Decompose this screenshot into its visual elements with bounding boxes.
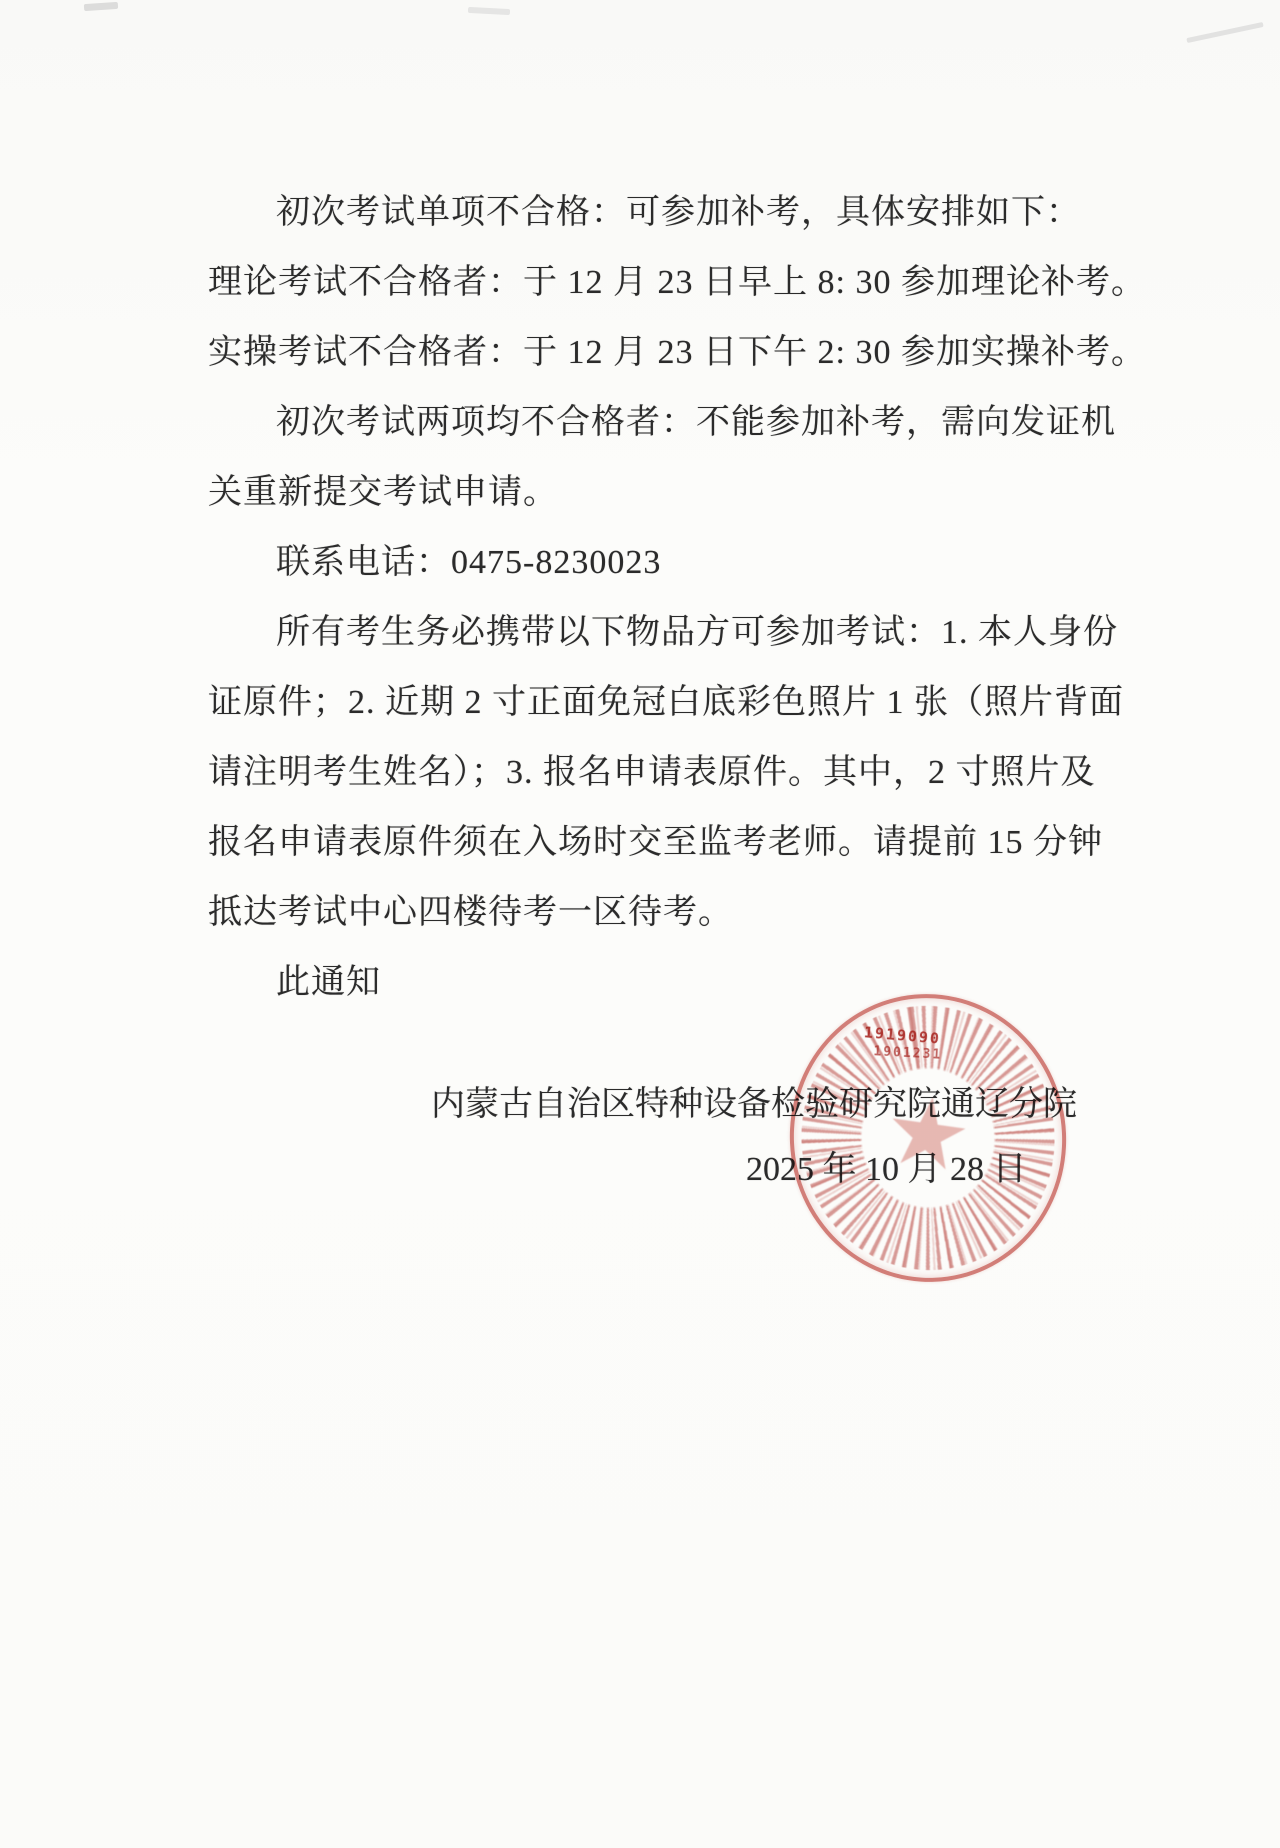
seal-ring-border	[771, 976, 1084, 1300]
notice-text-block: 初次考试单项不合格：可参加补考，具体安排如下： 理论考试不合格者：于 12 月 …	[208, 178, 1138, 1018]
notice-line: 联系电话：0475-8230023	[208, 528, 1138, 598]
notice-line: 初次考试两项均不合格者：不能参加补考，需向发证机	[208, 388, 1138, 458]
signature-date: 2025 年 10 月 28 日	[746, 1148, 1027, 1192]
notice-line: 所有考生务必携带以下物品方可参加考试：1. 本人身份	[208, 598, 1138, 668]
notice-line: 实操考试不合格者：于 12 月 23 日下午 2: 30 参加实操补考。	[208, 318, 1138, 388]
notice-line: 请注明考生姓名）；3. 报名申请表原件。其中，2 寸照片及	[208, 738, 1138, 808]
scan-artifact	[1186, 22, 1263, 43]
notice-line: 此通知	[208, 948, 1138, 1018]
seal-code-number: 1919090	[863, 1023, 941, 1048]
notice-line: 初次考试单项不合格：可参加补考，具体安排如下：	[208, 178, 1138, 248]
official-seal: ★ 1919090 1901231	[771, 976, 1084, 1300]
signature-organization: 内蒙古自治区特种设备检验研究院通辽分院	[431, 1083, 1077, 1127]
seal-script-ring	[779, 984, 1077, 1292]
seal-code-number: 1901231	[873, 1044, 942, 1063]
seal-script-ring-sparse	[785, 989, 1072, 1286]
notice-line: 关重新提交考试申请。	[208, 458, 1138, 528]
scanned-notice-page: 初次考试单项不合格：可参加补考，具体安排如下： 理论考试不合格者：于 12 月 …	[0, 0, 1280, 1848]
notice-line: 理论考试不合格者：于 12 月 23 日早上 8: 30 参加理论补考。	[208, 248, 1138, 318]
scan-artifact	[84, 2, 118, 11]
scan-artifact	[468, 7, 510, 15]
notice-line: 抵达考试中心四楼待考一区待考。	[208, 878, 1138, 948]
notice-line: 证原件；2. 近期 2 寸正面免冠白底彩色照片 1 张（照片背面	[208, 668, 1138, 738]
notice-line: 报名申请表原件须在入场时交至监考老师。请提前 15 分钟	[208, 808, 1138, 878]
